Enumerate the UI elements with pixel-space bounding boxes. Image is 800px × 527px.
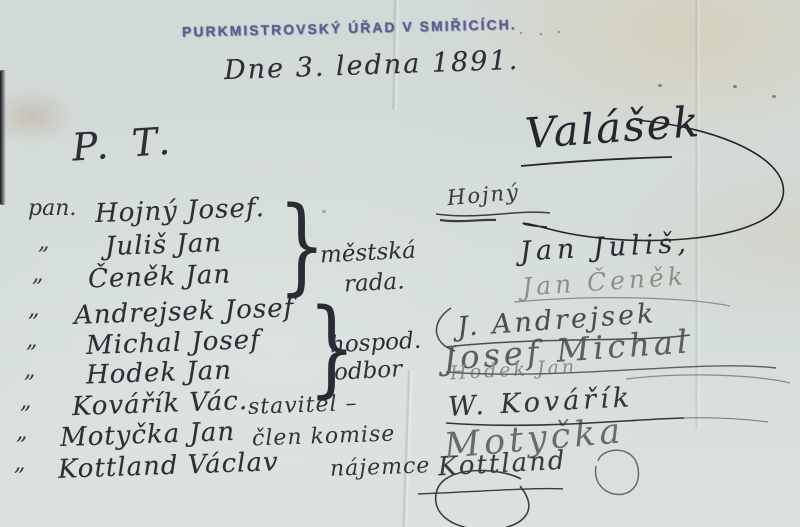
row-name: Andrejsek Josef <box>74 293 295 331</box>
list-row: „ Kovářík Vác. stavitel – <box>0 389 470 423</box>
row-prefix: „ <box>24 358 35 383</box>
paper-speck <box>658 84 662 87</box>
photo-edge-shadow <box>0 70 6 205</box>
list-row: „ Kottland Václav nájemce <box>0 451 470 485</box>
date-line: Dne 3. ledna 1891. <box>224 45 520 86</box>
row-prefix: „ <box>20 389 31 414</box>
row-name: Kottland Václav <box>58 447 280 485</box>
group-label: městská <box>319 238 416 269</box>
row-prefix: „ <box>14 451 25 476</box>
signature-kottland: Kottland <box>437 446 567 483</box>
signature-julis: Jan Juliš, <box>519 228 691 268</box>
fold-crease <box>694 0 701 430</box>
salutation: P. T. <box>71 118 178 169</box>
row-prefix: „ <box>38 230 49 255</box>
paper-speck <box>772 95 776 98</box>
signature-valasek: Valášek <box>524 97 703 158</box>
row-role: nájemce <box>330 453 431 481</box>
row-prefix: „ <box>32 262 43 287</box>
row-name: Hodek Jan <box>86 355 233 390</box>
group-brace: } <box>278 194 326 299</box>
row-prefix: „ <box>28 297 39 322</box>
office-stamp: PURKMISTROVSKÝ ÚŘAD V SMIŘICÍCH. <box>182 16 517 40</box>
group-label: odbor <box>333 356 402 386</box>
row-name: Motyčka Jan <box>60 417 236 453</box>
list-row: pan. Hojný Josef. <box>0 196 470 230</box>
signature-cenek: Jan Čeněk <box>521 261 688 301</box>
row-name: Čeněk Jan <box>88 260 232 295</box>
signature-hojny: Hojný <box>446 180 521 210</box>
row-name: Juliš Jan <box>105 228 223 262</box>
scanned-document: PURKMISTROVSKÝ ÚŘAD V SMIŘICÍCH. Dne 3. … <box>0 0 800 527</box>
row-name: Michal Josef <box>86 325 262 361</box>
row-name: Hojný Josef. <box>95 193 266 229</box>
row-prefix: „ <box>26 328 37 353</box>
group-label: hospod. <box>329 328 421 359</box>
paper-speck <box>733 85 737 88</box>
row-prefix: pan. <box>28 196 76 221</box>
stamp-smudge <box>515 28 567 38</box>
row-prefix: „ <box>16 420 27 445</box>
